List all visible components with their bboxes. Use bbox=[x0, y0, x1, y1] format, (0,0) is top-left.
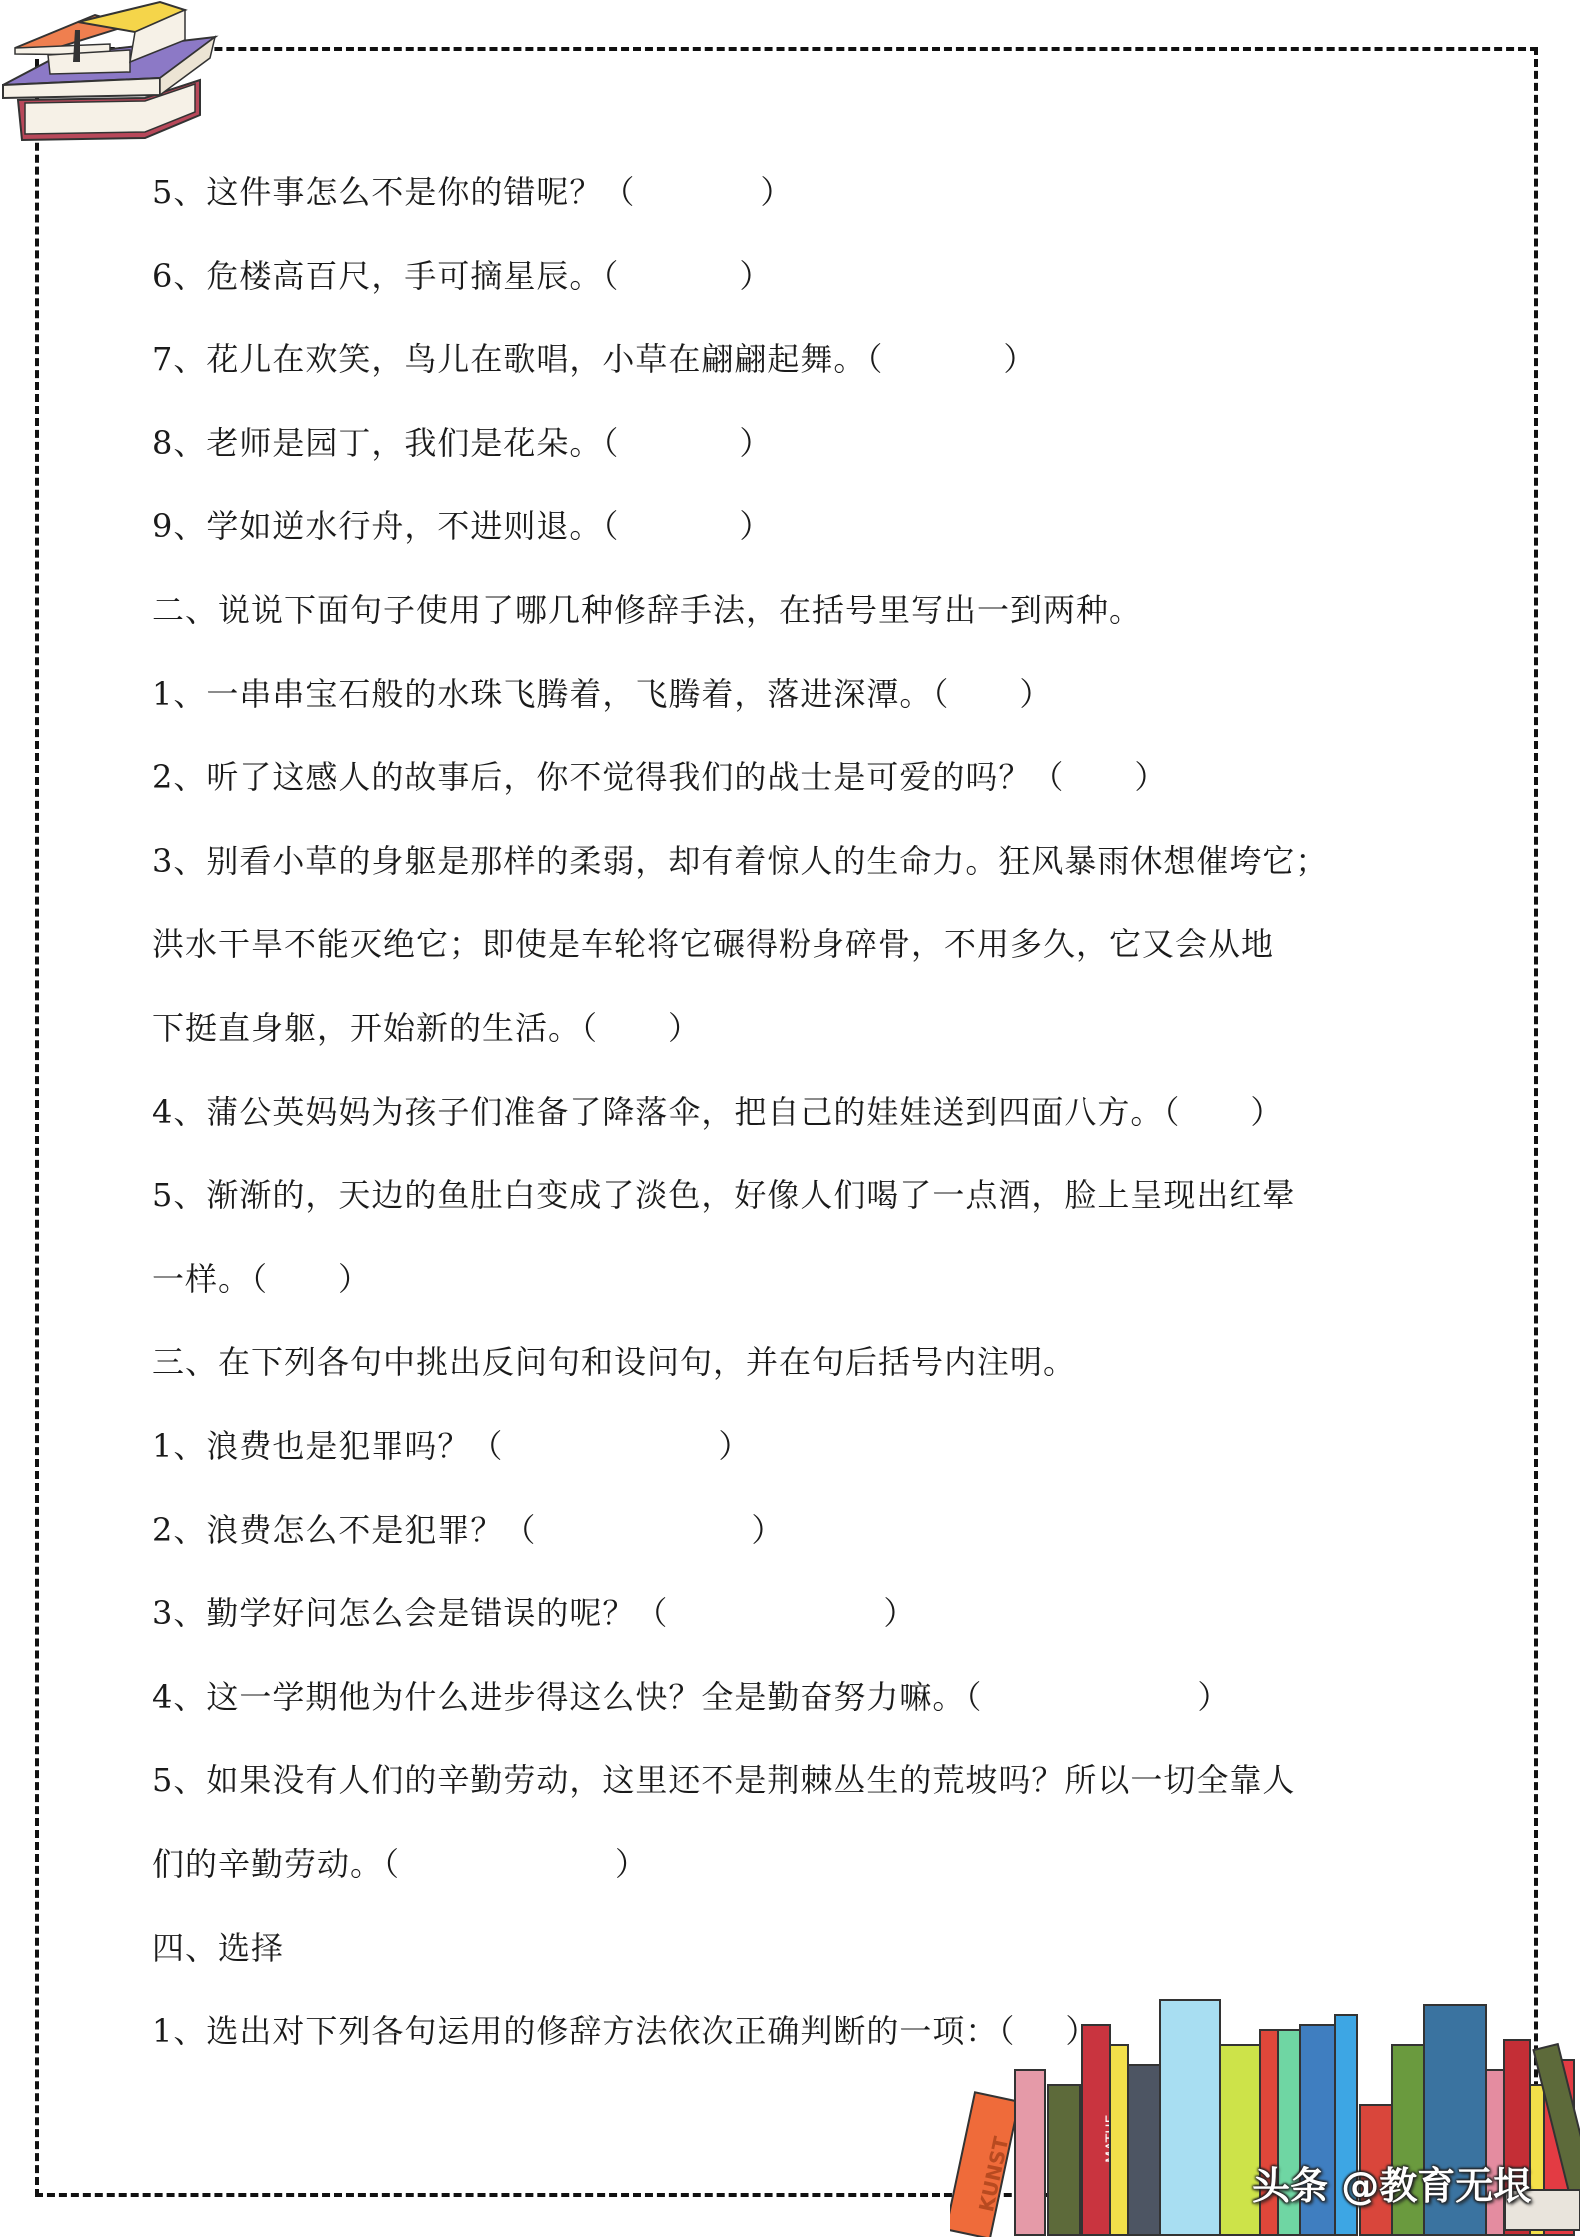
question-line: 洪水干旱不能灭绝它；即使是车轮将它碾得粉身碎骨，不用多久，它又会从地 bbox=[152, 922, 1274, 966]
question-line: 3、别看小草的身躯是那样的柔弱，却有着惊人的生命力。狂风暴雨休想催垮它； bbox=[152, 839, 1328, 883]
closing-paren: ） bbox=[739, 424, 772, 462]
question-line: 6、危楼高百尺，手可摘星辰。（） bbox=[152, 254, 772, 298]
question-line: 4、这一学期他为什么进步得这么快？全是勤奋努力嘛。（） bbox=[152, 1675, 1230, 1719]
line-text: 一样。（ bbox=[152, 1260, 268, 1298]
line-text: 2、浪费怎么不是犯罪？（ bbox=[152, 1511, 536, 1549]
line-text: 2、听了这感人的故事后，你不觉得我们的战士是可爱的吗？（ bbox=[152, 758, 1064, 796]
question-line: 2、听了这感人的故事后，你不觉得我们的战士是可爱的吗？（） bbox=[152, 755, 1167, 799]
closing-paren: ） bbox=[760, 173, 793, 211]
line-text: 9、学如逆水行舟，不进则退。（ bbox=[152, 507, 619, 545]
closing-paren: ） bbox=[615, 1845, 648, 1883]
line-text: 3、勤学好问怎么会是错误的呢？（ bbox=[152, 1594, 668, 1632]
closing-paren: ） bbox=[883, 1594, 916, 1632]
question-line: 5、如果没有人们的辛勤劳动，这里还不是荆棘丛生的荒坡吗？所以一切全靠人 bbox=[152, 1758, 1295, 1802]
line-text: 们的辛勤劳动。（ bbox=[152, 1845, 400, 1883]
closing-paren: ） bbox=[739, 507, 772, 545]
line-text: 5、渐渐的，天边的鱼肚白变成了淡色，好像人们喝了一点酒，脸上呈现出红晕 bbox=[152, 1176, 1295, 1214]
closing-paren: ） bbox=[1134, 758, 1167, 796]
line-text: 洪水干旱不能灭绝它；即使是车轮将它碾得粉身碎骨，不用多久，它又会从地 bbox=[152, 925, 1274, 963]
line-text: 下挺直身躯，开始新的生活。（ bbox=[152, 1009, 598, 1047]
section-heading: 二、说说下面句子使用了哪几种修辞手法，在括号里写出一到两种。 bbox=[152, 588, 1142, 632]
section-heading: 四、选择 bbox=[152, 1926, 284, 1970]
closing-paren: ） bbox=[1197, 1678, 1230, 1716]
question-line: 一样。（） bbox=[152, 1257, 371, 1301]
line-text: 4、这一学期他为什么进步得这么快？全是勤奋努力嘛。（ bbox=[152, 1678, 982, 1716]
line-text: 7、花儿在欢笑，鸟儿在歌唱，小草在翩翩起舞。（ bbox=[152, 340, 883, 378]
question-line: 下挺直身躯，开始新的生活。（） bbox=[152, 1006, 701, 1050]
closing-paren: ） bbox=[1019, 675, 1052, 713]
line-text: 4、蒲公英妈妈为孩子们准备了降落伞，把自己的娃娃送到四面八方。（ bbox=[152, 1093, 1180, 1131]
line-text: 1、一串串宝石般的水珠飞腾着，飞腾着，落进深潭。（ bbox=[152, 675, 949, 713]
question-line: 8、老师是园丁，我们是花朵。（） bbox=[152, 421, 772, 465]
line-text: 6、危楼高百尺，手可摘星辰。（ bbox=[152, 257, 619, 295]
line-text: 四、选择 bbox=[152, 1929, 284, 1967]
question-line: 5、这件事怎么不是你的错呢？（） bbox=[152, 170, 793, 214]
closing-paren: ） bbox=[668, 1009, 701, 1047]
line-text: 5、这件事怎么不是你的错呢？（ bbox=[152, 173, 635, 211]
closing-paren: ） bbox=[739, 257, 772, 295]
question-line: 4、蒲公英妈妈为孩子们准备了降落伞，把自己的娃娃送到四面八方。（） bbox=[152, 1090, 1283, 1134]
line-text: 3、别看小草的身躯是那样的柔弱，却有着惊人的生命力。狂风暴雨休想催垮它； bbox=[152, 842, 1328, 880]
question-line: 7、花儿在欢笑，鸟儿在歌唱，小草在翩翩起舞。（） bbox=[152, 337, 1036, 381]
closing-paren: ） bbox=[338, 1260, 371, 1298]
section-heading: 三、在下列各句中挑出反问句和设问句，并在句后括号内注明。 bbox=[152, 1340, 1076, 1384]
line-text: 1、浪费也是犯罪吗？（ bbox=[152, 1427, 503, 1465]
line-text: 5、如果没有人们的辛勤劳动，这里还不是荆棘丛生的荒坡吗？所以一切全靠人 bbox=[152, 1761, 1295, 1799]
question-line: 9、学如逆水行舟，不进则退。（） bbox=[152, 504, 772, 548]
question-line: 3、勤学好问怎么会是错误的呢？（） bbox=[152, 1591, 916, 1635]
line-text: 1、选出对下列各句运用的修辞方法依次正确判断的一项：（ bbox=[152, 2012, 1015, 2050]
closing-paren: ） bbox=[718, 1427, 751, 1465]
question-line: 1、一串串宝石般的水珠飞腾着，飞腾着，落进深潭。（） bbox=[152, 672, 1052, 716]
line-text: 二、说说下面句子使用了哪几种修辞手法，在括号里写出一到两种。 bbox=[152, 591, 1142, 629]
book-stack-icon bbox=[0, 0, 230, 150]
line-text: 三、在下列各句中挑出反问句和设问句，并在句后括号内注明。 bbox=[152, 1343, 1076, 1381]
line-text: 8、老师是园丁，我们是花朵。（ bbox=[152, 424, 619, 462]
watermark-text: 头条 @教育无垠 bbox=[1252, 2155, 1531, 2210]
question-line: 2、浪费怎么不是犯罪？（） bbox=[152, 1508, 784, 1552]
question-line: 们的辛勤劳动。（） bbox=[152, 1842, 648, 1886]
question-line: 1、浪费也是犯罪吗？（） bbox=[152, 1424, 751, 1468]
closing-paren: ） bbox=[1250, 1093, 1283, 1131]
closing-paren: ） bbox=[751, 1511, 784, 1549]
question-line: 5、渐渐的，天边的鱼肚白变成了淡色，好像人们喝了一点酒，脸上呈现出红晕 bbox=[152, 1173, 1295, 1217]
closing-paren: ） bbox=[1003, 340, 1036, 378]
